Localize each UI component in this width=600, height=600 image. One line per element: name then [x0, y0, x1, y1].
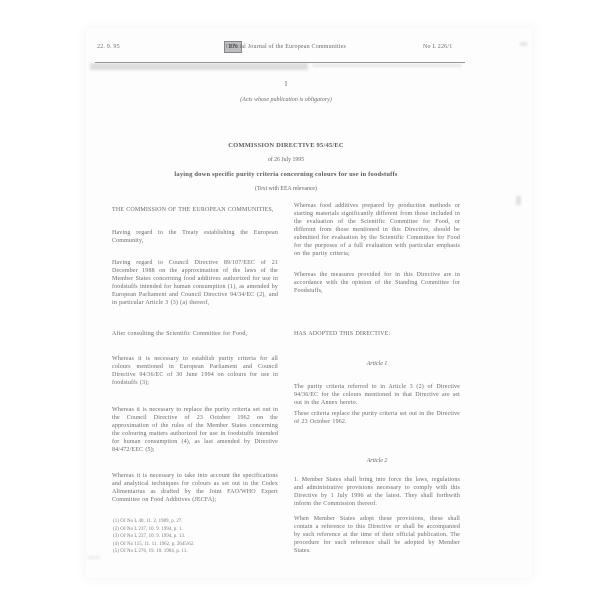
footnote-2: (2) OJ No L 237, 10. 9. 1994, p. 1.: [113, 526, 263, 534]
header-issue-number: No L 226/1: [423, 44, 452, 50]
scan-smudge-left: [90, 63, 308, 70]
article-2-paragraph-2: When Member States adopt these provision…: [294, 515, 460, 555]
eea-relevance-note: (Text with EEA relevance): [96, 186, 476, 192]
recital-standing-committee: Whereas the measures provided for in thi…: [294, 271, 460, 295]
directive-date: of 26 July 1995: [96, 157, 476, 163]
directive-subject: laying down specific purity criteria con…: [96, 171, 476, 178]
journal-title: Official Journal of the European Communi…: [96, 44, 476, 50]
recital-treaty: Having regard to the Treaty establishing…: [112, 229, 278, 245]
article-1-paragraph-2: These criteria replace the purity criter…: [294, 410, 460, 426]
recital-council-directive: Having regard to Council Directive 89/10…: [112, 259, 278, 307]
scan-speck: [516, 196, 521, 205]
section-note: (Acts whose publication is obligatory): [96, 97, 476, 103]
article-1-paragraph-1: The purity criteria referred to in Artic…: [294, 383, 460, 407]
footnotes-block: (1) OJ No L 40, 11. 2. 1989, p. 27. (2) …: [113, 518, 263, 556]
directive-title: COMMISSION DIRECTIVE 95/45/EC: [96, 142, 476, 149]
footnote-4: (4) OJ No 115, 11. 11. 1962, p. 2645/62.: [113, 541, 263, 549]
scanned-document-canvas: 22. 9. 95 EN Official Journal of the Eur…: [0, 0, 600, 600]
page-scan-content: 22. 9. 95 EN Official Journal of the Eur…: [0, 0, 600, 600]
scan-speck: [88, 556, 100, 559]
recital-replace-criteria: Whereas it is necessary to replace the p…: [112, 406, 278, 454]
scan-speck: [520, 42, 527, 46]
enacting-formula: HAS ADOPTED THIS DIRECTIVE:: [294, 330, 460, 338]
recital-scientific-committee: After consulting the Scientific Committe…: [112, 330, 278, 338]
article-2-heading: Article 2: [294, 458, 460, 464]
scan-smudge-right: [312, 64, 462, 67]
article-2-paragraph-1: 1. Member States shall bring into force …: [294, 476, 460, 508]
footnote-3: (3) OJ No L 237, 10. 9. 1994, p. 13.: [113, 533, 263, 541]
recital-food-additives-evaluation: Whereas food additives prepared by produ…: [294, 202, 460, 258]
recital-codex: Whereas it is necessary to take into acc…: [112, 472, 278, 504]
preamble-commission-line: THE COMMISSION OF THE EUROPEAN COMMUNITI…: [112, 206, 278, 214]
recital-purity-criteria: Whereas it is necessary to establish pur…: [112, 355, 278, 387]
article-1-heading: Article 1: [294, 361, 460, 367]
section-numeral: I: [96, 80, 476, 88]
footnote-5: (5) OJ No L 276, 19. 10. 1984, p. 11.: [113, 548, 263, 556]
footnote-1: (1) OJ No L 40, 11. 2. 1989, p. 27.: [113, 518, 263, 526]
